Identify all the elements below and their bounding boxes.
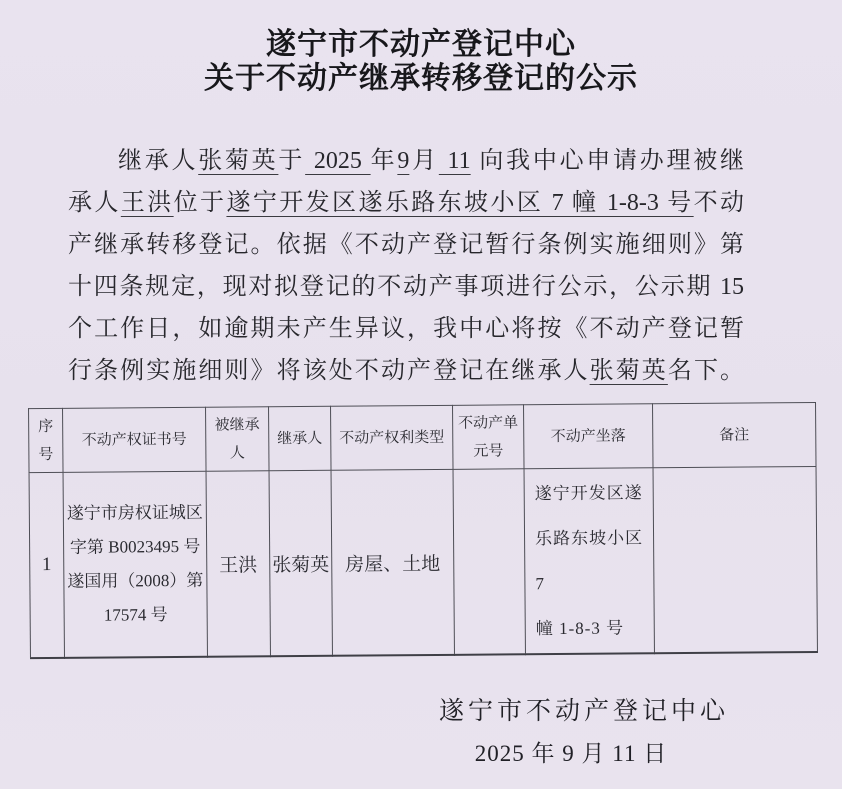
signature-date: 2025 年 9 月 11 日 [326,738,816,770]
property-table: 序号不动产权证书号被继承人继承人不动产权利类型不动产单元号不动产坐落备注 1遂宁… [28,402,818,659]
notice-paragraph: 继承人张菊英于 2025 年9月 11 向我中心申请办理被继承人王洪位于遂宁开发… [68,140,744,392]
table-cell [653,466,817,653]
text-run: 向我中心申请办理被继 [471,148,744,174]
document-title-line1: 遂宁市不动产登记中心 [0,28,842,62]
column-header: 被继承人 [206,407,270,471]
underlined-text: 张菊英 [590,358,668,384]
table-cell: 王洪 [206,471,270,657]
paragraph-line: 十四条规定，现对拟登记的不动产事项进行公示，公示期 15 [68,266,744,308]
paragraph-line: 产继承转移登记。依据《不动产登记暂行条例实施细则》第 [68,224,744,266]
text-run: 年 [371,148,398,174]
column-header: 序号 [29,408,64,472]
column-header: 不动产权利类型 [331,405,453,470]
document-title: 遂宁市不动产登记中心 关于不动产继承转移登记的公示 [0,28,842,96]
column-header: 继承人 [269,406,332,470]
paragraph-line: 个工作日，如逾期未产生异议，我中心将按《不动产登记暂 [68,308,744,350]
text-run: 于 [278,148,305,174]
table-cell: 房屋、土地 [331,469,454,655]
underlined-text: 9 [397,148,409,174]
table-cell: 张菊英 [269,470,332,656]
table-header-row: 序号不动产权证书号被继承人继承人不动产权利类型不动产单元号不动产坐落备注 [29,402,816,472]
underlined-text: 张菊英 [198,148,278,174]
column-header: 不动产权证书号 [63,407,206,472]
underlined-text: 11 [439,148,471,174]
column-header: 不动产单元号 [453,405,525,470]
signature-org: 遂宁市不动产登记中心 [326,695,842,729]
paragraph-line: 继承人张菊英于 2025 年9月 11 向我中心申请办理被继 [68,140,744,182]
underlined-text: 王洪 [121,190,174,216]
text-run: 名下。 [668,358,744,384]
column-header: 备注 [653,402,816,467]
table-row: 1遂宁市房权证城区 字第 B0023495 号 遂国用（2008）第 17574… [29,466,817,658]
paragraph-line: 行条例实施细则》将该处不动产登记在继承人张菊英名下。 [68,350,744,392]
document-title-line2: 关于不动产继承转移登记的公示 [0,62,842,96]
paragraph-line: 承人王洪位于遂宁开发区遂乐路东坡小区 7 幢 1-8-3 号不动 [68,182,744,224]
underlined-text: 2025 [305,148,370,174]
text-run: 承人 [68,190,121,216]
underlined-text: 遂宁开发区遂乐路东坡小区 7 幢 1-8-3 号 [226,190,693,216]
scanned-notice-page: { "title": { "line1": "遂宁市不动产登记中心", "lin… [0,0,842,789]
column-header: 不动产坐落 [524,404,653,469]
table-cell: 遂宁市房权证城区 字第 B0023495 号 遂国用（2008）第 17574 … [63,471,207,658]
text-run: 行条例实施细则》将该处不动产登记在继承人 [68,358,590,384]
table-body: 1遂宁市房权证城区 字第 B0023495 号 遂国用（2008）第 17574… [29,466,817,658]
text-run: 继承人 [118,148,198,174]
text-run: 位于 [174,190,227,216]
text-run: 个工作日，如逾期未产生异议，我中心将按《不动产登记暂 [68,316,744,342]
table-cell: 遂宁开发区遂 乐路东坡小区 7 幢 1-8-3 号 [524,468,654,655]
text-run: 产继承转移登记。依据《不动产登记暂行条例实施细则》第 [68,232,744,258]
table-cell [453,469,525,655]
signature-block: 遂宁市不动产登记中心 2025 年 9 月 11 日 [326,695,842,770]
text-run: 不动 [694,190,744,216]
text-run: 十四条规定，现对拟登记的不动产事项进行公示，公示期 15 [68,274,744,300]
table-cell: 1 [29,472,64,658]
property-table-wrapper: 序号不动产权证书号被继承人继承人不动产权利类型不动产单元号不动产坐落备注 1遂宁… [28,402,817,659]
text-run: 月 [409,148,438,174]
